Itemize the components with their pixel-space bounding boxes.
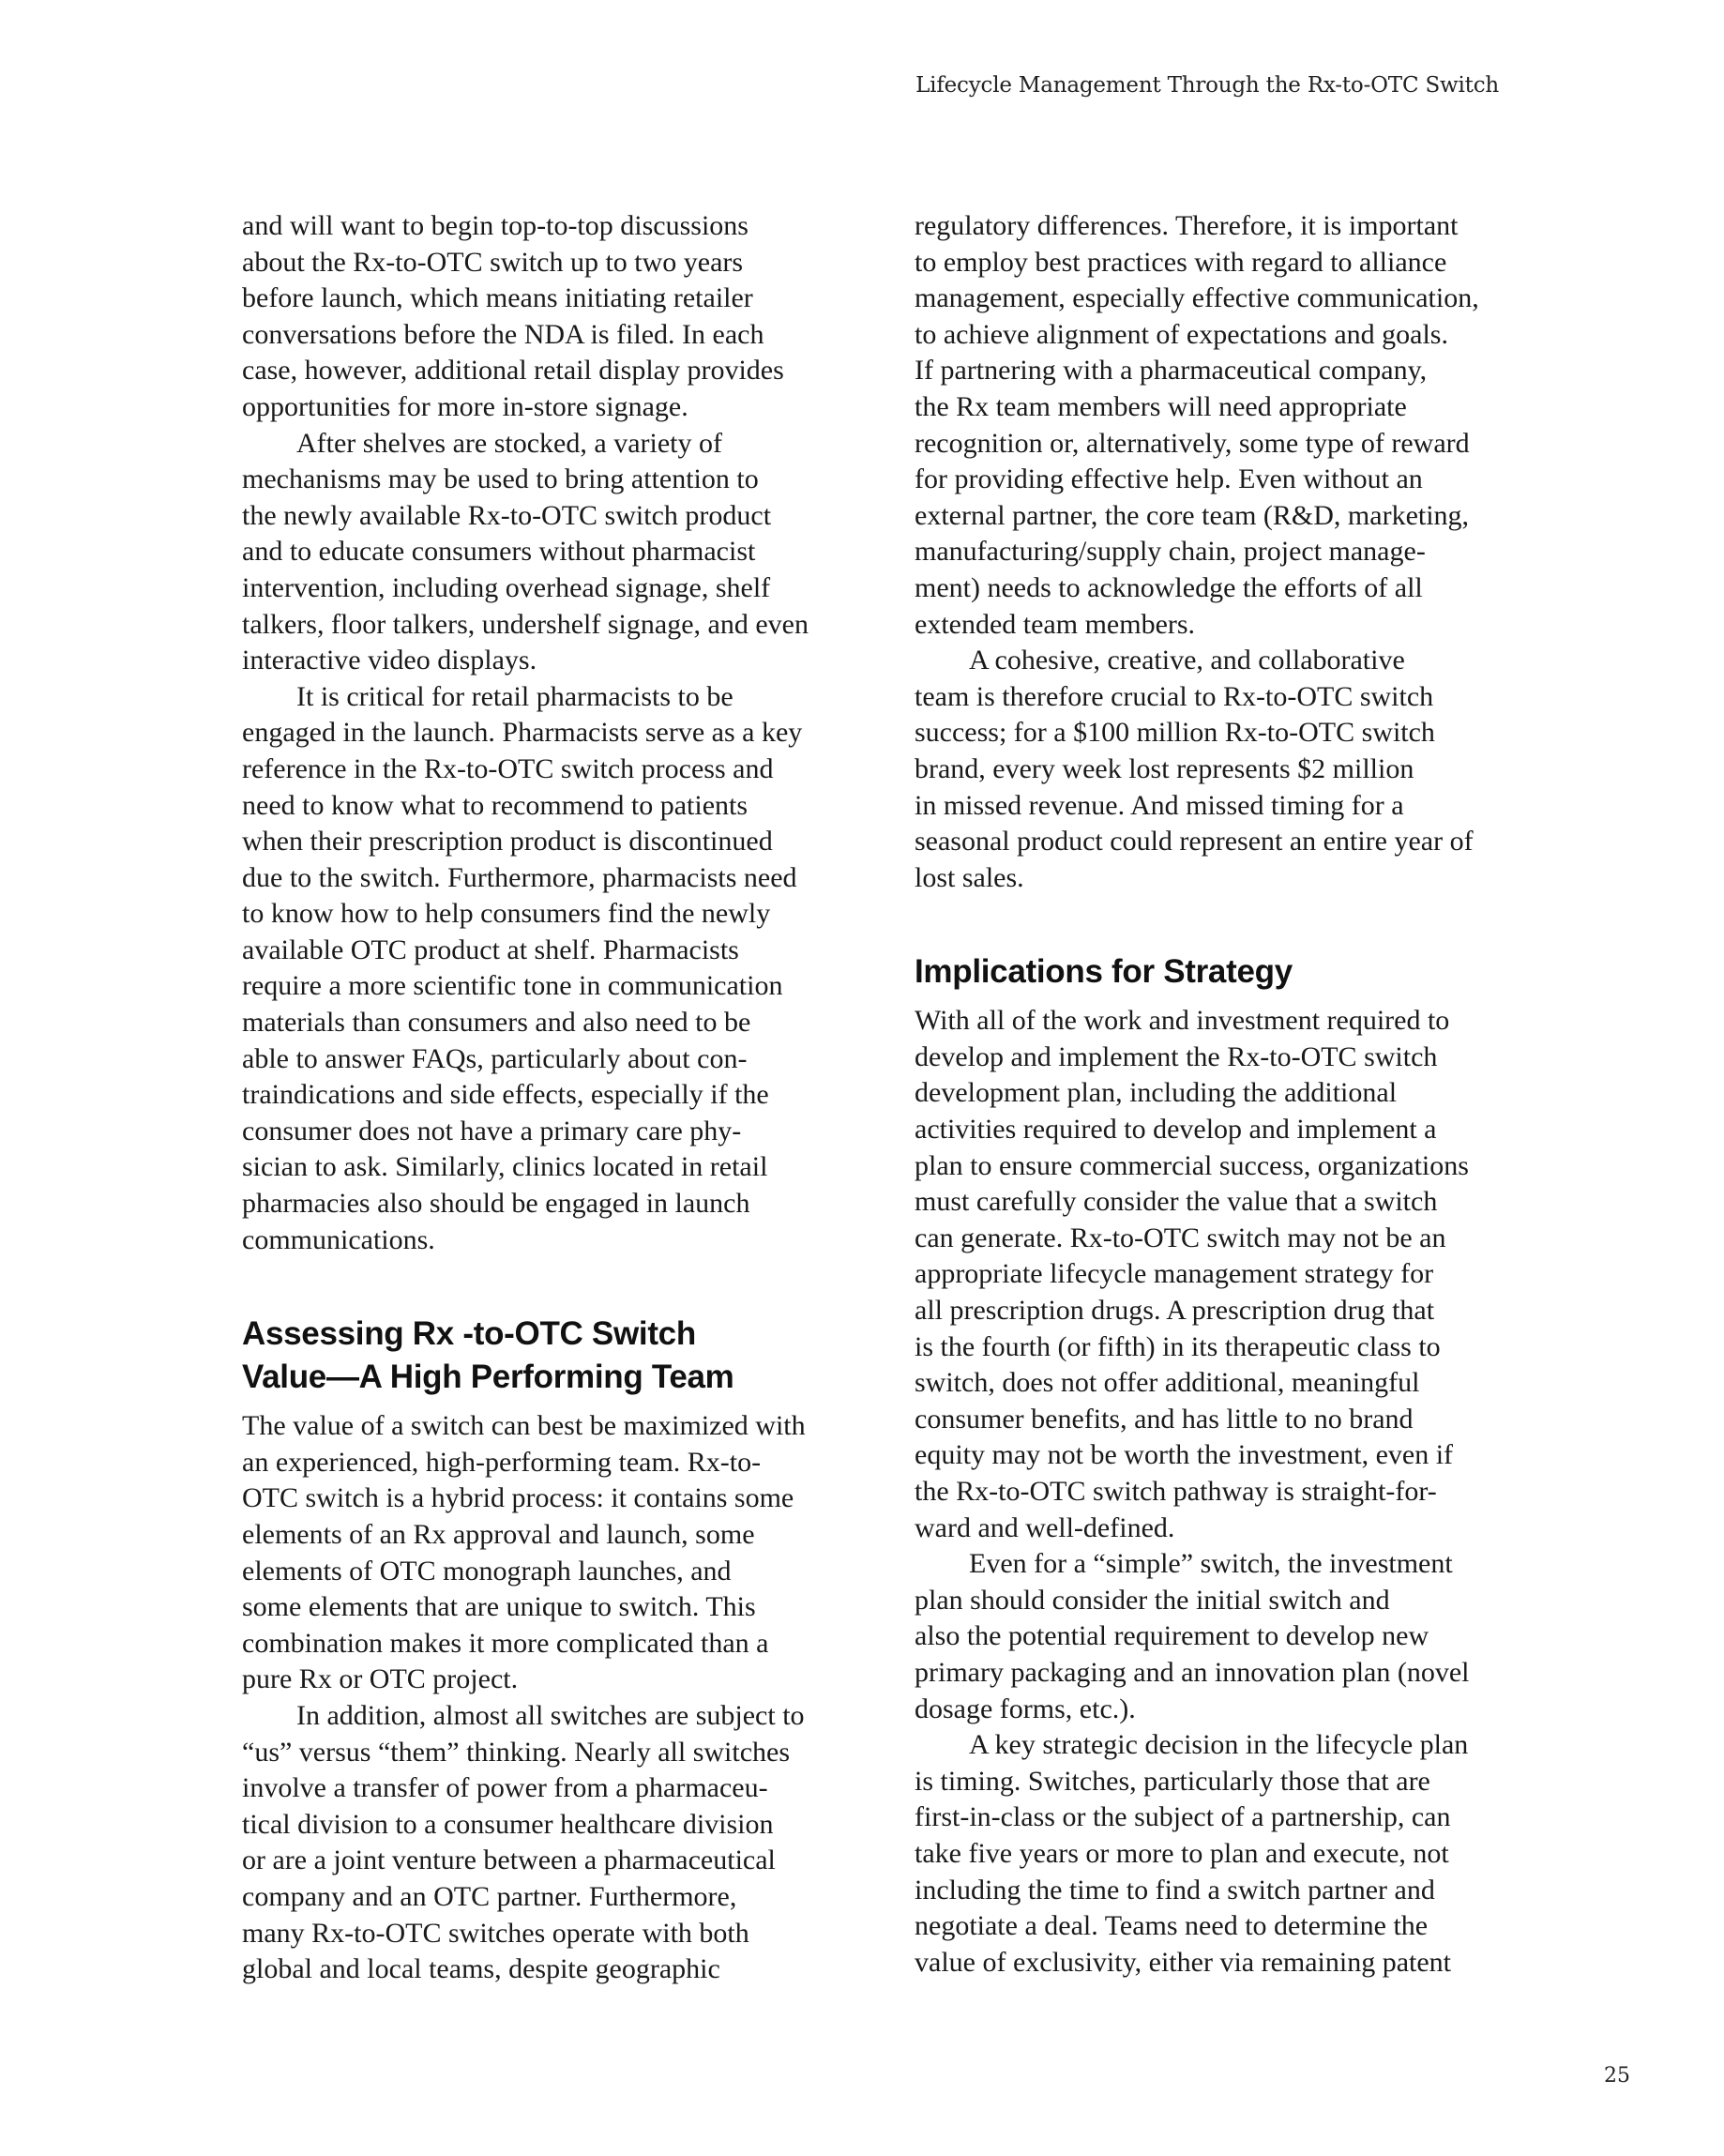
heading-line: Value—A High Performing Team — [242, 1356, 852, 1399]
text-line: to achieve alignment of expectations and… — [915, 317, 1524, 354]
text-line: A key strategic decision in the lifecycl… — [915, 1727, 1524, 1764]
text-line: management, especially effective communi… — [915, 281, 1524, 317]
text-line: tical division to a consumer healthcare … — [242, 1807, 852, 1844]
text-line: elements of OTC monograph launches, and — [242, 1554, 852, 1590]
text-line: ment) needs to acknowledge the efforts o… — [915, 570, 1524, 607]
paragraph-shelves-stocked: After shelves are stocked, a variety of … — [242, 426, 852, 679]
text-line: opportunities for more in-store signage. — [242, 389, 852, 426]
text-line: can generate. Rx-to-OTC switch may not b… — [915, 1221, 1524, 1257]
text-line: when their prescription product is disco… — [242, 824, 852, 860]
text-line: materials than consumers and also need t… — [242, 1005, 852, 1041]
text-line: engaged in the launch. Pharmacists serve… — [242, 715, 852, 752]
text-line: before launch, which means initiating re… — [242, 281, 852, 317]
text-line: team is therefore crucial to Rx-to-OTC s… — [915, 679, 1524, 716]
text-line: recognition or, alternatively, some type… — [915, 426, 1524, 463]
text-line: must carefully consider the value that a… — [915, 1184, 1524, 1221]
text-line: in missed revenue. And missed timing for… — [915, 788, 1524, 825]
text-line: ward and well-defined. — [915, 1511, 1524, 1547]
text-line: to employ best practices with regard to … — [915, 245, 1524, 281]
text-line: consumer benefits, and has little to no … — [915, 1402, 1524, 1438]
text-line: mechanisms may be used to bring attentio… — [242, 462, 852, 498]
text-line: the newly available Rx-to-OTC switch pro… — [242, 498, 852, 535]
text-line: involve a transfer of power from a pharm… — [242, 1770, 852, 1807]
text-line: develop and implement the Rx-to-OTC swit… — [915, 1040, 1524, 1076]
text-line: If partnering with a pharmaceutical comp… — [915, 353, 1524, 389]
section-heading-assessing-switch-value: Assessing Rx -to-OTC Switch Value—A High… — [242, 1313, 852, 1399]
text-line: traindications and side effects, especia… — [242, 1077, 852, 1114]
text-line: to know how to help consumers find the n… — [242, 896, 852, 933]
text-line: Even for a “simple” switch, the investme… — [915, 1546, 1524, 1583]
text-line: able to answer FAQs, particularly about … — [242, 1041, 852, 1078]
text-line: value of exclusivity, either via remaini… — [915, 1945, 1524, 1981]
paragraph-cohesive-team: A cohesive, creative, and collaborative … — [915, 643, 1524, 896]
text-line: the Rx-to-OTC switch pathway is straight… — [915, 1474, 1524, 1511]
text-line: It is critical for retail pharmacists to… — [242, 679, 852, 716]
text-line: some elements that are unique to switch.… — [242, 1589, 852, 1626]
text-line: is timing. Switches, particularly those … — [915, 1764, 1524, 1800]
text-line: interactive video displays. — [242, 643, 852, 679]
text-line: for providing effective help. Even witho… — [915, 462, 1524, 498]
heading-line: Assessing Rx -to-OTC Switch — [242, 1313, 852, 1356]
text-line: “us” versus “them” thinking. Nearly all … — [242, 1735, 852, 1771]
paragraph-us-versus-them: In addition, almost all switches are sub… — [242, 1698, 852, 1988]
text-line: negotiate a deal. Teams need to determin… — [915, 1908, 1524, 1945]
paragraph-work-and-investment: With all of the work and investment requ… — [915, 1003, 1524, 1546]
text-line: The value of a switch can best be maximi… — [242, 1408, 852, 1445]
left-column: and will want to begin top-to-top discus… — [242, 208, 852, 1988]
text-line: dosage forms, etc.). — [915, 1692, 1524, 1728]
text-line: first-in-class or the subject of a partn… — [915, 1799, 1524, 1836]
paragraph-simple-switch: Even for a “simple” switch, the investme… — [915, 1546, 1524, 1727]
text-line: all prescription drugs. A prescription d… — [915, 1293, 1524, 1329]
text-line: primary packaging and an innovation plan… — [915, 1655, 1524, 1692]
text-line: take five years or more to plan and exec… — [915, 1836, 1524, 1873]
page-number: 25 — [1604, 2064, 1630, 2088]
text-line: switch, does not offer additional, meani… — [915, 1365, 1524, 1402]
text-line: or are a joint venture between a pharmac… — [242, 1843, 852, 1879]
paragraph-switch-value: The value of a switch can best be maximi… — [242, 1408, 852, 1698]
text-line: manufacturing/supply chain, project mana… — [915, 534, 1524, 570]
text-line: and will want to begin top-to-top discus… — [242, 208, 852, 245]
paragraph-timing-decision: A key strategic decision in the lifecycl… — [915, 1727, 1524, 1981]
text-line: development plan, including the addition… — [915, 1075, 1524, 1112]
running-header: Lifecycle Management Through the Rx-to-O… — [915, 73, 1499, 98]
text-line: intervention, including overhead signage… — [242, 570, 852, 607]
text-line: also the potential requirement to develo… — [915, 1618, 1524, 1655]
text-line: A cohesive, creative, and collaborative — [915, 643, 1524, 679]
text-line: conversations before the NDA is filed. I… — [242, 317, 852, 354]
paragraph-retail-pharmacists: It is critical for retail pharmacists to… — [242, 679, 852, 1259]
text-line: global and local teams, despite geograph… — [242, 1951, 852, 1988]
text-line: success; for a $100 million Rx-to-OTC sw… — [915, 715, 1524, 752]
text-line: due to the switch. Furthermore, pharmaci… — [242, 860, 852, 897]
text-line: is the fourth (or fifth) in its therapeu… — [915, 1329, 1524, 1366]
text-line: an experienced, high-performing team. Rx… — [242, 1445, 852, 1481]
text-line: activities required to develop and imple… — [915, 1112, 1524, 1148]
text-line: seasonal product could represent an enti… — [915, 824, 1524, 860]
text-line: available OTC product at shelf. Pharmaci… — [242, 933, 852, 969]
paragraph-retailer-discussions: and will want to begin top-to-top discus… — [242, 208, 852, 426]
text-line: OTC switch is a hybrid process: it conta… — [242, 1480, 852, 1517]
text-line: many Rx-to-OTC switches operate with bot… — [242, 1916, 852, 1952]
text-line: brand, every week lost represents $2 mil… — [915, 752, 1524, 788]
text-line: and to educate consumers without pharmac… — [242, 534, 852, 570]
text-line: about the Rx-to-OTC switch up to two yea… — [242, 245, 852, 281]
text-line: pharmacies also should be engaged in lau… — [242, 1186, 852, 1222]
section-heading-implications-for-strategy: Implications for Strategy — [915, 950, 1524, 994]
text-line: elements of an Rx approval and launch, s… — [242, 1517, 852, 1554]
text-line: talkers, floor talkers, undershelf signa… — [242, 607, 852, 644]
text-line: pure Rx or OTC project. — [242, 1662, 852, 1698]
text-line: reference in the Rx-to-OTC switch proces… — [242, 752, 852, 788]
text-line: In addition, almost all switches are sub… — [242, 1698, 852, 1735]
heading-line: Implications for Strategy — [915, 950, 1524, 994]
text-line: the Rx team members will need appropriat… — [915, 389, 1524, 426]
text-line: With all of the work and investment requ… — [915, 1003, 1524, 1040]
text-line: external partner, the core team (R&D, ma… — [915, 498, 1524, 535]
text-line: case, however, additional retail display… — [242, 353, 852, 389]
text-line: regulatory differences. Therefore, it is… — [915, 208, 1524, 245]
text-line: appropriate lifecycle management strateg… — [915, 1256, 1524, 1293]
text-line: plan should consider the initial switch … — [915, 1583, 1524, 1619]
text-line: company and an OTC partner. Furthermore, — [242, 1879, 852, 1916]
text-line: lost sales. — [915, 860, 1524, 897]
text-line: extended team members. — [915, 607, 1524, 644]
right-column: regulatory differences. Therefore, it is… — [915, 208, 1524, 1981]
paragraph-regulatory-differences: regulatory differences. Therefore, it is… — [915, 208, 1524, 643]
text-line: communications. — [242, 1222, 852, 1259]
text-line: consumer does not have a primary care ph… — [242, 1114, 852, 1150]
text-line: require a more scientific tone in commun… — [242, 968, 852, 1005]
text-line: need to know what to recommend to patien… — [242, 788, 852, 825]
text-line: plan to ensure commercial success, organ… — [915, 1148, 1524, 1185]
text-line: equity may not be worth the investment, … — [915, 1437, 1524, 1474]
text-line: including the time to find a switch part… — [915, 1873, 1524, 1909]
text-line: After shelves are stocked, a variety of — [242, 426, 852, 463]
text-line: combination makes it more complicated th… — [242, 1626, 852, 1663]
text-line: sician to ask. Similarly, clinics locate… — [242, 1149, 852, 1186]
